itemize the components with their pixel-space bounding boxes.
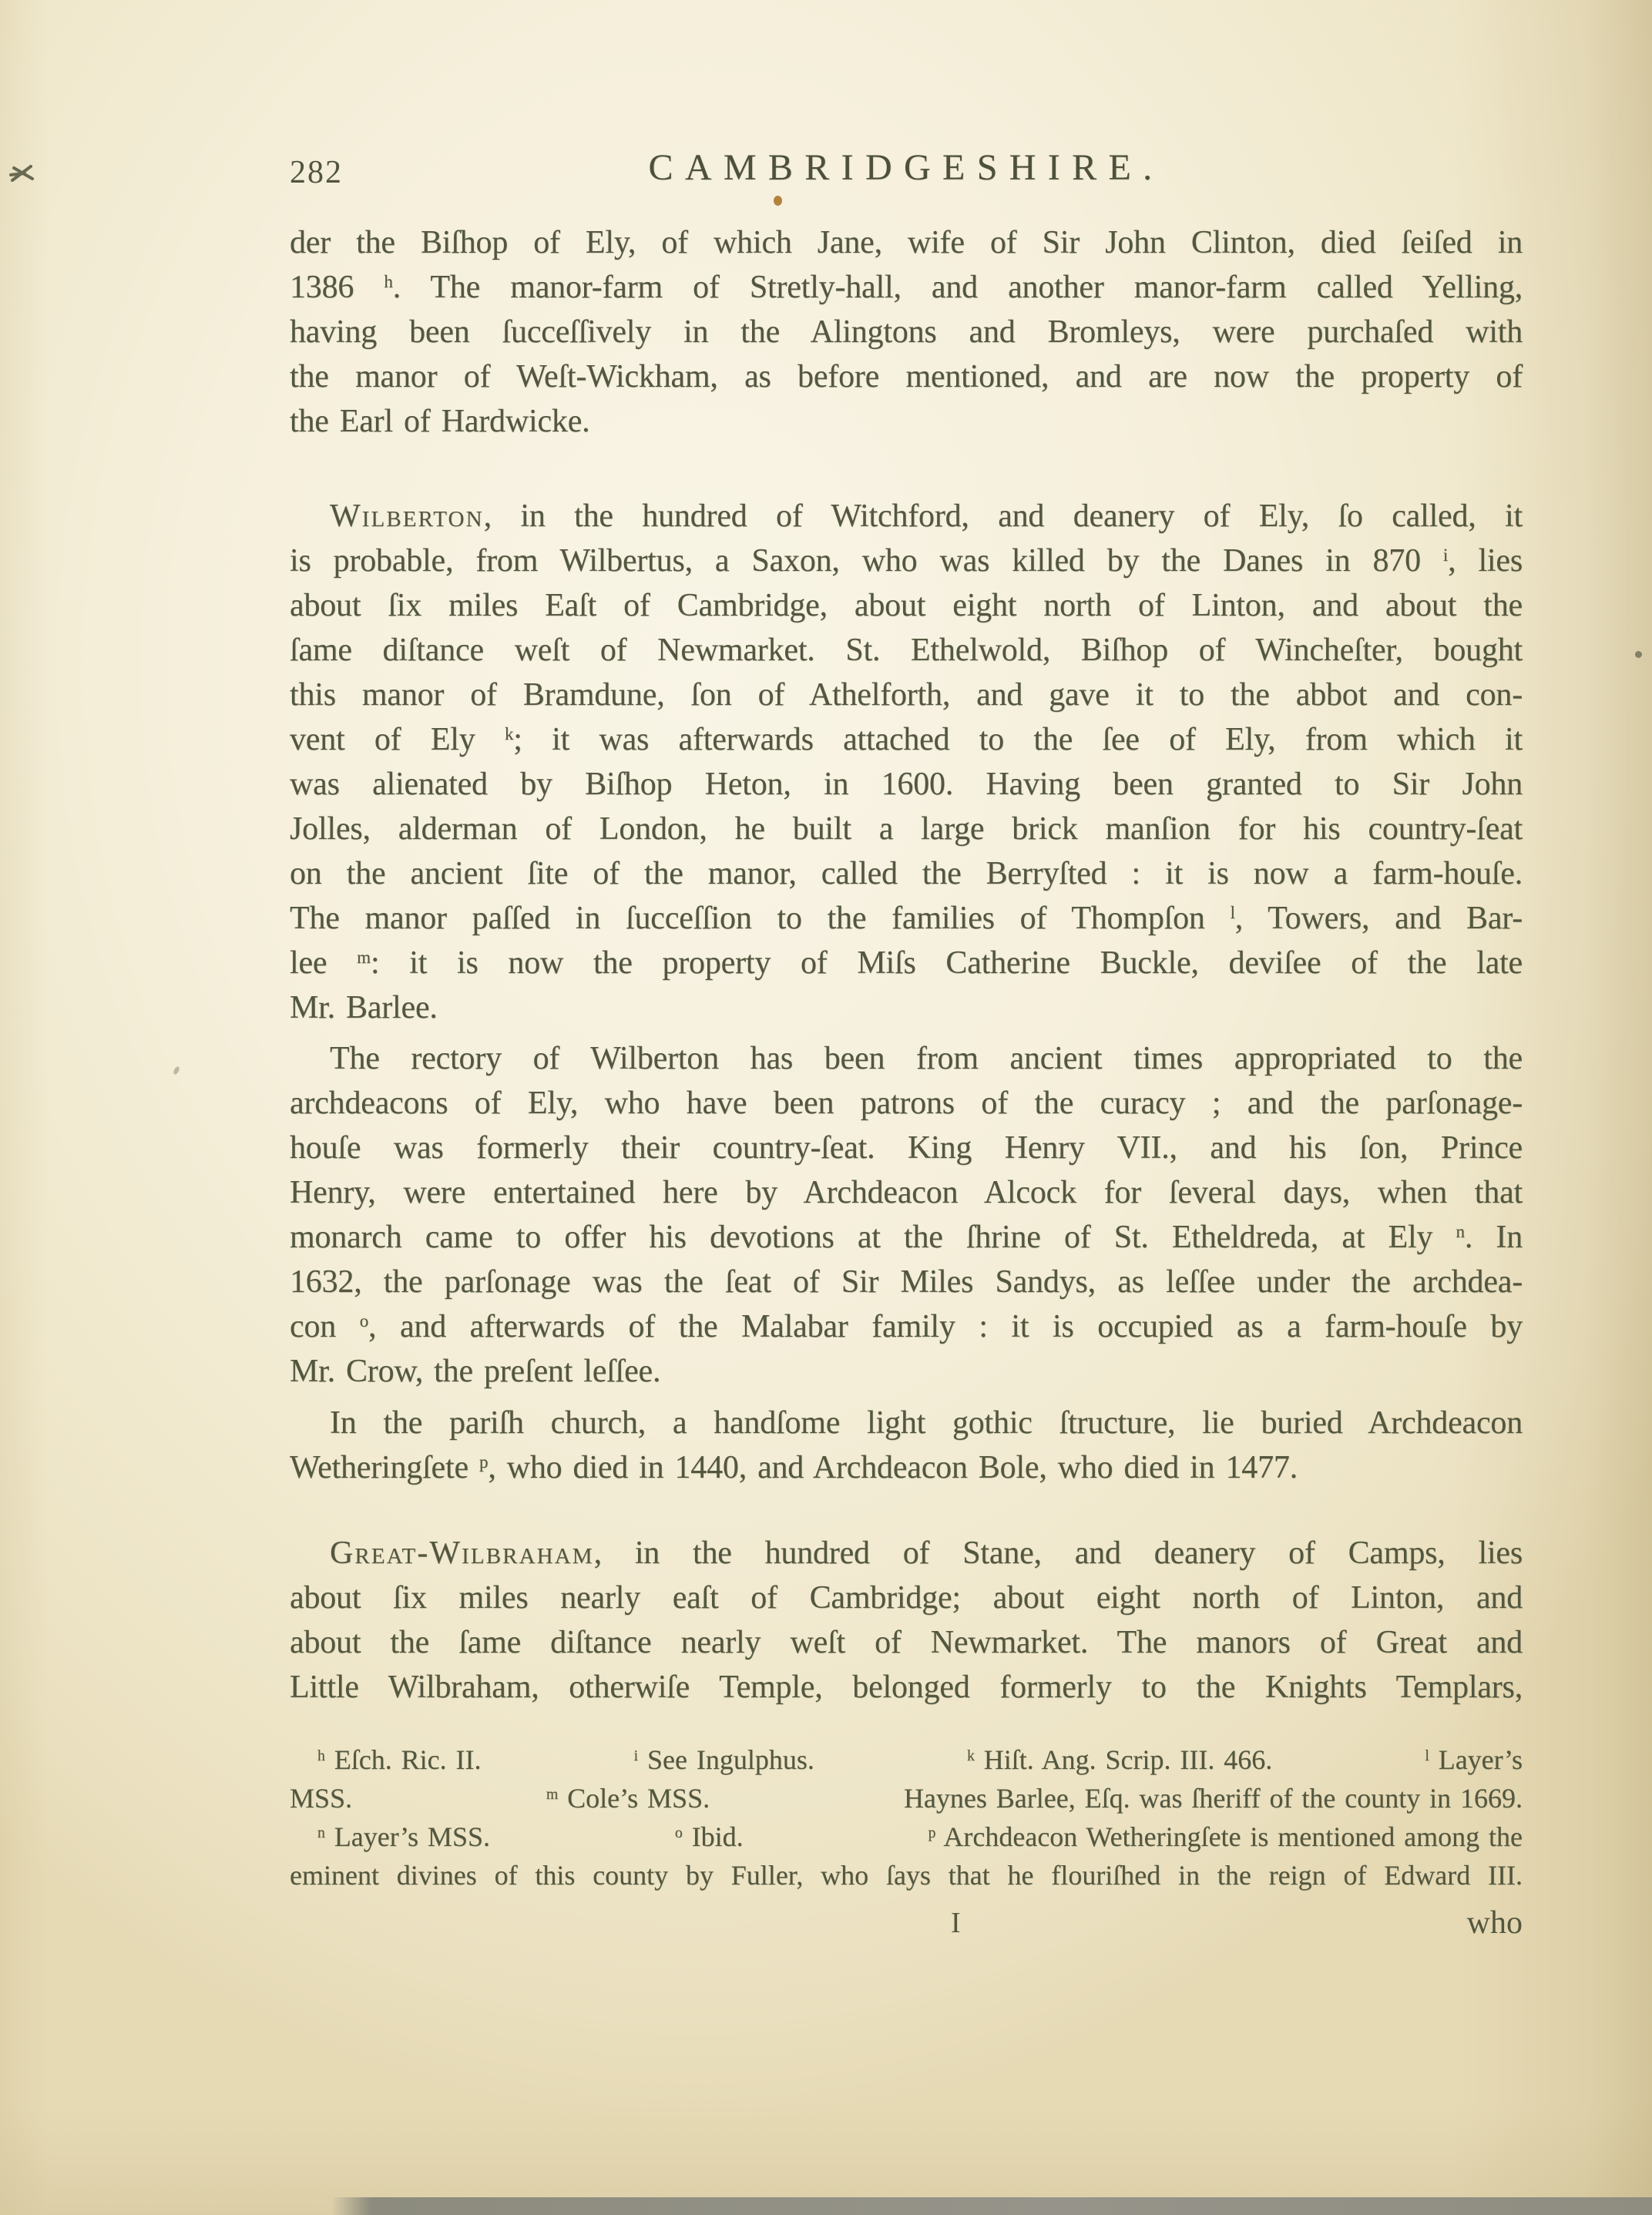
signature-line: I who [290, 1901, 1523, 1945]
text-line: having been ſucceſſively in the Alington… [290, 310, 1523, 354]
text-line: The rectory of Wilberton has been from a… [290, 1036, 1523, 1081]
text-line: on the ancient ſite of the manor, called… [290, 851, 1523, 896]
catchword: who [1467, 1901, 1523, 1945]
footnote-segment: MSS. [290, 1779, 352, 1817]
paragraph-rectory: The rectory of Wilberton has been from a… [290, 1036, 1523, 1394]
text-line: was alienated by Biſhop Heton, in 1600. … [290, 762, 1523, 807]
text-line: the manor of Weſt-Wickham, as before men… [290, 354, 1523, 399]
text-line: archdeacons of Ely, who have been patron… [290, 1081, 1523, 1126]
text-line: about ſix miles Eaſt of Cambridge, about… [290, 583, 1523, 628]
text-line: con o, and afterwards of the Malabar fam… [290, 1304, 1523, 1349]
text-line: Wilberton, in the hundred of Witchford, … [290, 494, 1523, 539]
footnote-line: MSS.m Cole’s MSS.Haynes Barlee, Eſq. was… [290, 1779, 1523, 1817]
text-line: is probable, from Wilbertus, a Saxon, wh… [290, 539, 1523, 583]
text-line: about ſix miles nearly eaſt of Cambridge… [290, 1576, 1523, 1620]
text-line: In the pariſh church, a handſome light g… [290, 1401, 1523, 1445]
text-line: Great-Wilbraham, in the hundred of Stane… [290, 1531, 1523, 1576]
margin-ink-mark [9, 162, 35, 185]
footnote-line: h Eſch. Ric. II.i See Ingulphus.k Hiſt. … [290, 1740, 1523, 1779]
text-line: the Earl of Hardwicke. [290, 399, 1523, 444]
text-line: houſe was formerly their country-ſeat. K… [290, 1126, 1523, 1170]
text-line: this manor of Bramdune, ſon of Athelfort… [290, 673, 1523, 717]
footnote-segment: eminent divines of this county by Fuller… [290, 1860, 1523, 1891]
text-line: Little Wilbraham, otherwiſe Temple, belo… [290, 1665, 1523, 1710]
footnote-segment: l Layer’s [1425, 1740, 1523, 1779]
footnote-line: eminent divines of this county by Fuller… [290, 1856, 1523, 1894]
paragraph-great-wilbraham: Great-Wilbraham, in the hundred of Stane… [290, 1531, 1523, 1710]
text-line: 1386 h. The manor-farm of Stretly-hall, … [290, 265, 1523, 310]
book-page: 282 CAMBRIDGESHIRE. der the Biſhop of El… [0, 0, 1652, 2215]
footnote-segment: h Eſch. Ric. II. [317, 1740, 481, 1779]
text-line: Wetheringſete p, who died in 1440, and A… [290, 1445, 1523, 1490]
scan-edge-strip [331, 2197, 1652, 2215]
text-line: The manor paſſed in ſucceſſion to the fa… [290, 896, 1523, 941]
text-line: vent of Ely k; it was afterwards attache… [290, 717, 1523, 762]
footnote-segment: k Hiſt. Ang. Scrip. III. 466. [967, 1740, 1272, 1779]
footnote-segment: p Archdeacon Wetheringſete is mentioned … [928, 1817, 1523, 1856]
ink-speck [1635, 651, 1642, 658]
text-line: Mr. Crow, the preſent leſſee. [290, 1349, 1523, 1394]
text-line: 1632, the parſonage was the ſeat of Sir … [290, 1260, 1523, 1304]
text-line: Mr. Barlee. [290, 985, 1523, 1030]
footnote-segment: o Ibid. [675, 1817, 744, 1856]
footnote-segment: m Cole’s MSS. [546, 1779, 710, 1817]
text-line: Jolles, alderman of London, he built a l… [290, 807, 1523, 851]
footnote-line: n Layer’s MSS.o Ibid.p Archdeacon Wether… [290, 1817, 1523, 1856]
text-line: Henry, were entertained here by Archdeac… [290, 1170, 1523, 1215]
paragraph-continuation: der the Biſhop of Ely, of which Jane, wi… [290, 220, 1523, 444]
ink-speck [173, 1066, 180, 1076]
signature-mark: I [951, 1901, 961, 1945]
text-line: about the ſame diſtance nearly weſt of N… [290, 1620, 1523, 1665]
footnote-segment: Haynes Barlee, Eſq. was ſheriff of the c… [904, 1779, 1523, 1817]
ink-speck [774, 196, 782, 206]
footnote-segment: n Layer’s MSS. [317, 1817, 490, 1856]
text-line: lee m: it is now the property of Miſs Ca… [290, 941, 1523, 985]
paragraph-wilberton: Wilberton, in the hundred of Witchford, … [290, 494, 1523, 1030]
running-title: CAMBRIDGESHIRE. [290, 146, 1523, 189]
paragraph-parish-church: In the pariſh church, a handſome light g… [290, 1401, 1523, 1490]
text-line: monarch came to offer his devotions at t… [290, 1215, 1523, 1260]
text-line: ſame diſtance weſt of Newmarket. St. Eth… [290, 628, 1523, 673]
text-line: der the Biſhop of Ely, of which Jane, wi… [290, 220, 1523, 265]
footnotes: h Eſch. Ric. II.i See Ingulphus.k Hiſt. … [290, 1740, 1523, 1894]
footnote-segment: i See Ingulphus. [634, 1740, 814, 1779]
page-header: 282 CAMBRIDGESHIRE. [290, 146, 1523, 193]
